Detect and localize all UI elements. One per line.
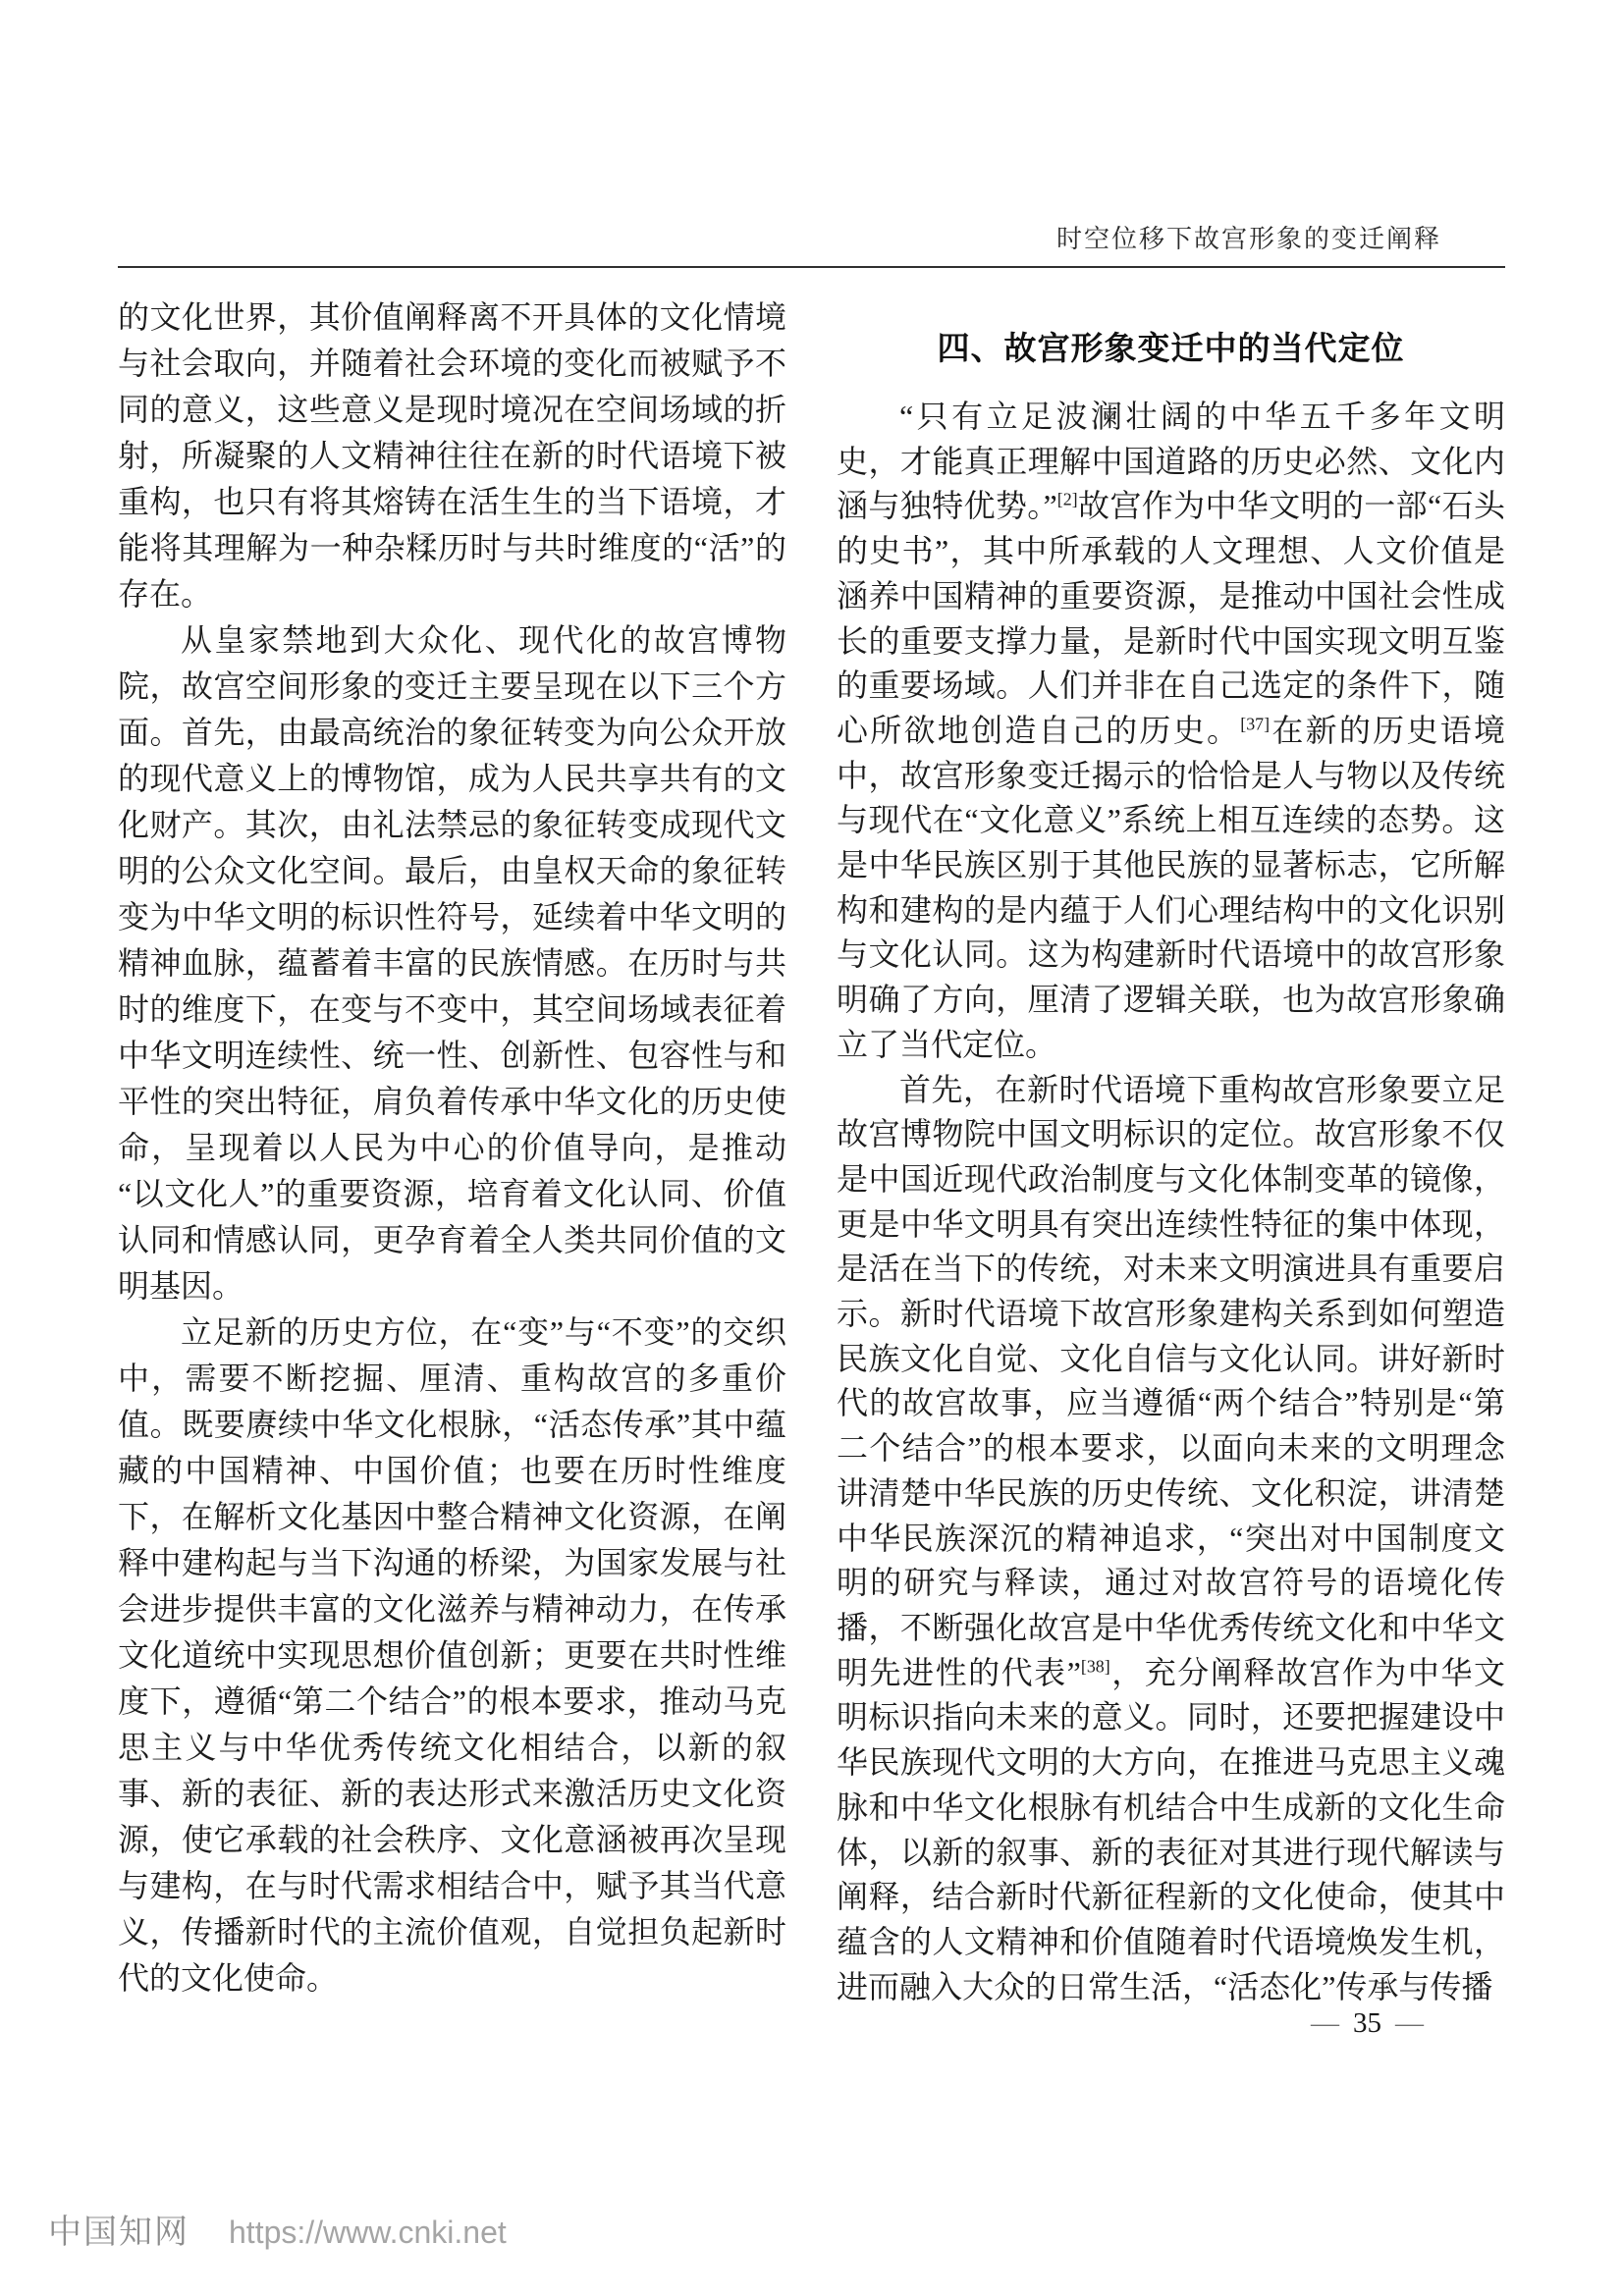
header-divider-line xyxy=(118,266,1505,268)
text-run: 的文化世界，其价值阐释离不开具体的文化情境与社会取向，并随着社会环境的变化而被赋… xyxy=(118,299,786,612)
paragraph: 的文化世界，其价值阐释离不开具体的文化情境与社会取向，并随着社会环境的变化而被赋… xyxy=(118,294,786,617)
text-run: 从皇家禁地到大众化、现代化的故宫博物院，故宫空间形象的变迁主要呈现在以下三个方面… xyxy=(118,622,786,1304)
text-column-right: 四、故宫形象变迁中的当代定位 “只有立足波澜壮阔的中华五千多年文明史，才能真正理… xyxy=(837,294,1505,2022)
paragraph: 立足新的历史方位，在“变”与“不变”的交织中，需要不断挖掘、厘清、重构故宫的多重… xyxy=(118,1309,786,2002)
paragraph: 从皇家禁地到大众化、现代化的故宫博物院，故宫空间形象的变迁主要呈现在以下三个方面… xyxy=(118,617,786,1309)
running-header-title: 时空位移下故宫形象的变迁阐释 xyxy=(118,224,1441,255)
text-run: 在新的历史语境中，故宫形象变迁揭示的恰恰是人与物以及传统与现代在“文化意义”系统… xyxy=(837,713,1505,1062)
text-run: 首先，在新时代语境下重构故宫形象要立足故宫博物院中国文明标识的定位。故宫形象不仅… xyxy=(837,1072,1505,1690)
citation-superscript: [2] xyxy=(1057,490,1078,509)
page-number-value: 35 xyxy=(1339,2007,1395,2039)
cnki-watermark: 中国知网https://www.cnki.net xyxy=(48,2205,507,2253)
section-heading: 四、故宫形象变迁中的当代定位 xyxy=(837,328,1505,369)
page-number: —35— xyxy=(1311,2006,1424,2040)
text-column-left: 的文化世界，其价值阐释离不开具体的文化情境与社会取向，并随着社会环境的变化而被赋… xyxy=(118,294,786,2022)
journal-page: 时空位移下故宫形象的变迁阐释 的文化世界，其价值阐释离不开具体的文化情境与社会取… xyxy=(0,0,1623,2296)
citation-superscript: [37] xyxy=(1240,714,1270,733)
page-number-right-dash: — xyxy=(1395,2007,1424,2039)
text-run: ，充分阐释故宫作为中华文明标识指向未来的意义。同时，还要把握建设中华民族现代文明… xyxy=(837,1655,1505,2004)
cnki-url[interactable]: https://www.cnki.net xyxy=(229,2215,507,2250)
right-column-paragraphs: “只有立足波澜壮阔的中华五千多年文明史，才能真正理解中国道路的历史必然、文化内涵… xyxy=(837,395,1505,2009)
cnki-brand-text: 中国知网 xyxy=(48,2214,189,2251)
page-number-left-dash: — xyxy=(1311,2007,1339,2039)
paragraph: 首先，在新时代语境下重构故宫形象要立足故宫博物院中国文明标识的定位。故宫形象不仅… xyxy=(837,1068,1505,2010)
text-run: 立足新的历史方位，在“变”与“不变”的交织中，需要不断挖掘、厘清、重构故宫的多重… xyxy=(118,1314,786,1996)
paragraph: “只有立足波澜壮阔的中华五千多年文明史，才能真正理解中国道路的历史必然、文化内涵… xyxy=(837,395,1505,1068)
citation-superscript: [38] xyxy=(1081,1656,1110,1676)
text-run: 故宫作为中华文明的一部“石头的史书”，其中所承载的人文理想、人文价值是涵养中国精… xyxy=(837,488,1505,748)
